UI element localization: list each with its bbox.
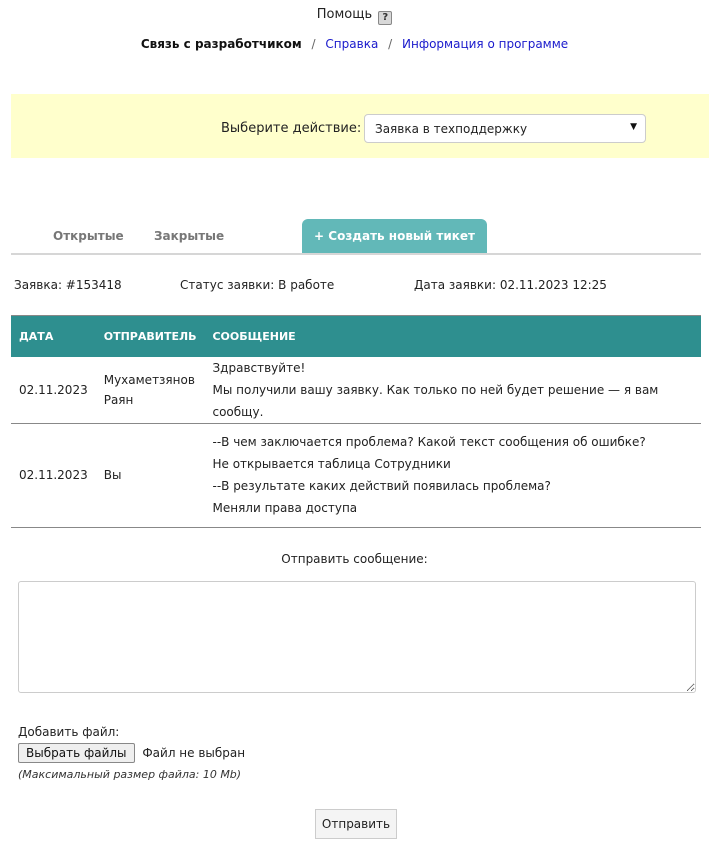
tab-open[interactable]: Открытые [53, 229, 124, 243]
sender-line: Мухаметзянов [104, 370, 197, 390]
ticket-date: Дата заявки: 02.11.2023 12:25 [414, 278, 607, 292]
create-ticket-tab[interactable]: + Создать новый тикет [302, 219, 487, 253]
message-text: Здравствуйте! Мы получили вашу заявку. К… [204, 357, 701, 424]
breadcrumb-separator: / [312, 37, 316, 51]
table-row: 02.11.2023 Мухаметзянов Раян Здравствуйт… [11, 357, 701, 424]
help-label: Помощь [317, 7, 372, 22]
message-textarea[interactable] [18, 581, 696, 693]
breadcrumb-link-about[interactable]: Информация о программе [402, 37, 568, 51]
message-line: Не открывается таблица Сотрудники [212, 453, 693, 475]
file-size-hint: (Максимальный размер файла: 10 Mb) [18, 768, 241, 781]
chevron-down-icon: ▼ [630, 122, 637, 132]
table-row: 02.11.2023 Вы --В чем заключается пробле… [11, 423, 701, 527]
message-line: --В чем заключается проблема? Какой текс… [212, 431, 693, 453]
message-line: Здравствуйте! [212, 357, 693, 379]
column-header-date: ДАТА [11, 316, 96, 357]
messages-table: ДАТА ОТПРАВИТЕЛЬ СООБЩЕНИЕ 02.11.2023 Му… [11, 315, 701, 528]
ticket-number: Заявка: #153418 [14, 278, 122, 292]
column-header-sender: ОТПРАВИТЕЛЬ [96, 316, 205, 357]
breadcrumb-separator: / [388, 37, 392, 51]
action-label: Выберите действие: [221, 121, 361, 136]
file-input: Выбрать файлы Файл не выбран [18, 743, 245, 763]
message-line: Меняли права доступа [212, 497, 693, 519]
message-date: 02.11.2023 [11, 423, 96, 527]
message-date: 02.11.2023 [11, 357, 96, 424]
ticket-status: Статус заявки: В работе [180, 278, 334, 292]
message-sender: Мухаметзянов Раян [96, 357, 205, 424]
send-message-label: Отправить сообщение: [0, 552, 709, 566]
sender-line: Вы [104, 465, 197, 485]
breadcrumb-current: Связь с разработчиком [141, 37, 302, 51]
tab-closed[interactable]: Закрытые [154, 229, 224, 243]
submit-button[interactable]: Отправить [315, 809, 397, 839]
action-panel: Выберите действие: Заявка в техподдержку… [11, 94, 709, 158]
help-header: Помощь ? [0, 7, 709, 25]
message-text: --В чем заключается проблема? Какой текс… [204, 423, 701, 527]
sender-line: Раян [104, 390, 197, 410]
breadcrumb: Связь с разработчиком / Справка / Информ… [0, 37, 709, 51]
message-sender: Вы [96, 423, 205, 527]
table-header-row: ДАТА ОТПРАВИТЕЛЬ СООБЩЕНИЕ [11, 316, 701, 357]
file-status: Файл не выбран [142, 746, 245, 760]
help-icon[interactable]: ? [378, 11, 392, 25]
action-select-value: Заявка в техподдержку [375, 122, 527, 136]
message-line: Мы получили вашу заявку. Как только по н… [212, 379, 693, 423]
action-select[interactable]: Заявка в техподдержку ▼ [364, 114, 646, 143]
choose-files-button[interactable]: Выбрать файлы [18, 743, 135, 763]
message-line: --В результате каких действий появилась … [212, 475, 693, 497]
add-file-label: Добавить файл: [18, 725, 119, 739]
column-header-message: СООБЩЕНИЕ [204, 316, 701, 357]
ticket-tabs: Открытые Закрытые + Создать новый тикет [11, 219, 701, 255]
breadcrumb-link-help[interactable]: Справка [325, 37, 378, 51]
